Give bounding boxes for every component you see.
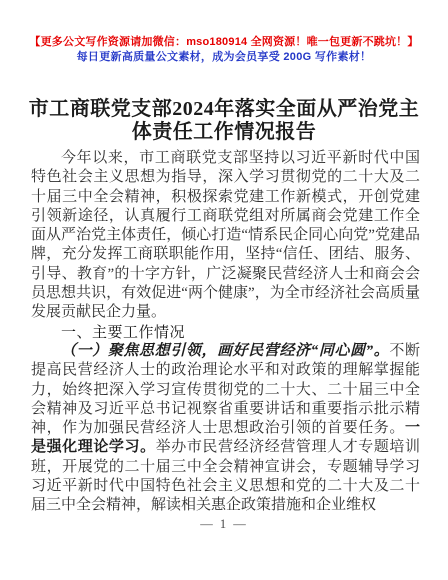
- text-run: 今年以来，市工商联党支部坚持以习近平新时代中国特色社会主义思想为指导，深入学习贯…: [31, 150, 420, 320]
- page-number: — 1 —: [0, 517, 448, 532]
- document-body: 今年以来，市工商联党支部坚持以习近平新时代中国特色社会主义思想为指导，深入学习贯…: [31, 149, 420, 516]
- text-run: （一）聚焦思想引领，画好民营经济“同心圆”。: [61, 343, 389, 359]
- ad-banner: 【更多公文写作资源请加微信：mso180914 全网资源！唯一包更新不跳坑！】 …: [0, 0, 448, 64]
- paragraph: （一）聚焦思想引领，画好民营经济“同心圆”。不断提高民营经济人士的政治理论水平和…: [31, 342, 420, 516]
- text-run: 一、主要工作情况: [61, 324, 185, 341]
- paragraph: 今年以来，市工商联党支部坚持以习近平新时代中国特色社会主义思想为指导，深入学习贯…: [31, 149, 420, 323]
- document-page: 【更多公文写作资源请加微信：mso180914 全网资源！唯一包更新不跳坑！】 …: [0, 0, 448, 580]
- document-title: 市工商联党支部2024年落实全面从严治党主体责任工作情况报告: [25, 98, 423, 144]
- ad-banner-line1: 【更多公文写作资源请加微信：mso180914 全网资源！唯一包更新不跳坑！】: [0, 36, 448, 49]
- section-heading: 一、主要工作情况: [31, 323, 420, 342]
- ad-banner-line2: 每日更新高质量公文素材，成为会员享受 200G 写作素材！: [0, 51, 448, 64]
